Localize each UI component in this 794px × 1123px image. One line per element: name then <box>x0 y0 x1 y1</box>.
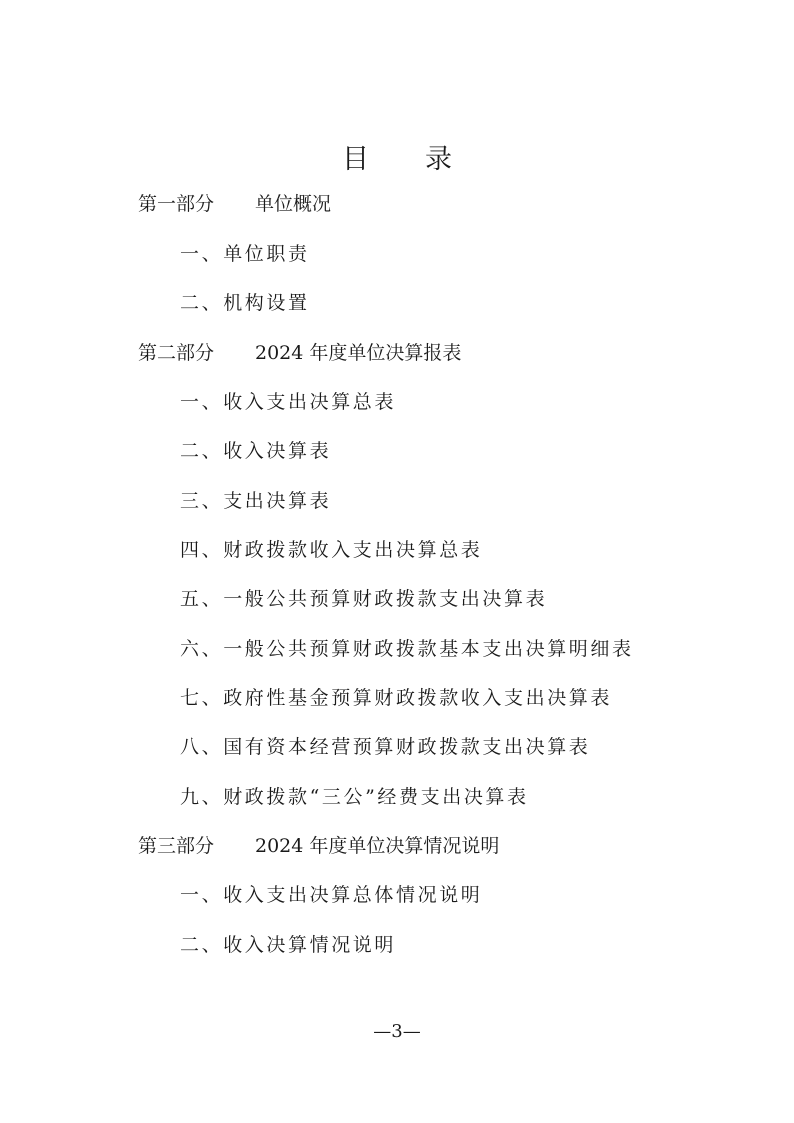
page-number: —3— <box>0 1019 794 1045</box>
part-title: 2024 年度单位决算报表 <box>255 342 461 364</box>
toc-item[interactable]: 一、收入支出决算总表 <box>180 389 396 415</box>
part-label: 第一部分 <box>138 191 255 217</box>
toc-item[interactable]: 一、收入支出决算总体情况说明 <box>180 882 482 908</box>
toc-item[interactable]: 六、一般公共预算财政拨款基本支出决算明细表 <box>180 636 634 662</box>
toc-part-1[interactable]: 第一部分单位概况 <box>138 191 331 217</box>
toc-title-char-1: 目 <box>342 144 369 175</box>
toc-title: 目录 <box>0 140 794 180</box>
toc-item[interactable]: 二、收入决算表 <box>180 438 331 464</box>
toc-title-char-2: 录 <box>425 144 452 175</box>
part-label: 第三部分 <box>138 833 255 859</box>
toc-part-2[interactable]: 第二部分2024 年度单位决算报表 <box>138 340 461 366</box>
toc-item[interactable]: 三、支出决算表 <box>180 488 331 514</box>
toc-item[interactable]: 九、财政拨款“三公”经费支出决算表 <box>180 784 529 810</box>
toc-item[interactable]: 七、政府性基金预算财政拨款收入支出决算表 <box>180 685 612 711</box>
toc-item[interactable]: 二、机构设置 <box>180 290 310 316</box>
toc-item[interactable]: 一、单位职责 <box>180 241 310 267</box>
toc-item[interactable]: 五、一般公共预算财政拨款支出决算表 <box>180 586 547 612</box>
part-title: 2024 年度单位决算情况说明 <box>255 835 499 857</box>
toc-item[interactable]: 八、国有资本经营预算财政拨款支出决算表 <box>180 734 590 760</box>
toc-part-3[interactable]: 第三部分2024 年度单位决算情况说明 <box>138 833 499 859</box>
toc-item[interactable]: 四、财政拨款收入支出决算总表 <box>180 537 482 563</box>
toc-item[interactable]: 二、收入决算情况说明 <box>180 932 396 958</box>
part-title: 单位概况 <box>255 193 331 215</box>
document-page: 目录 第一部分单位概况 一、单位职责 二、机构设置 第二部分2024 年度单位决… <box>0 0 794 1123</box>
part-label: 第二部分 <box>138 340 255 366</box>
